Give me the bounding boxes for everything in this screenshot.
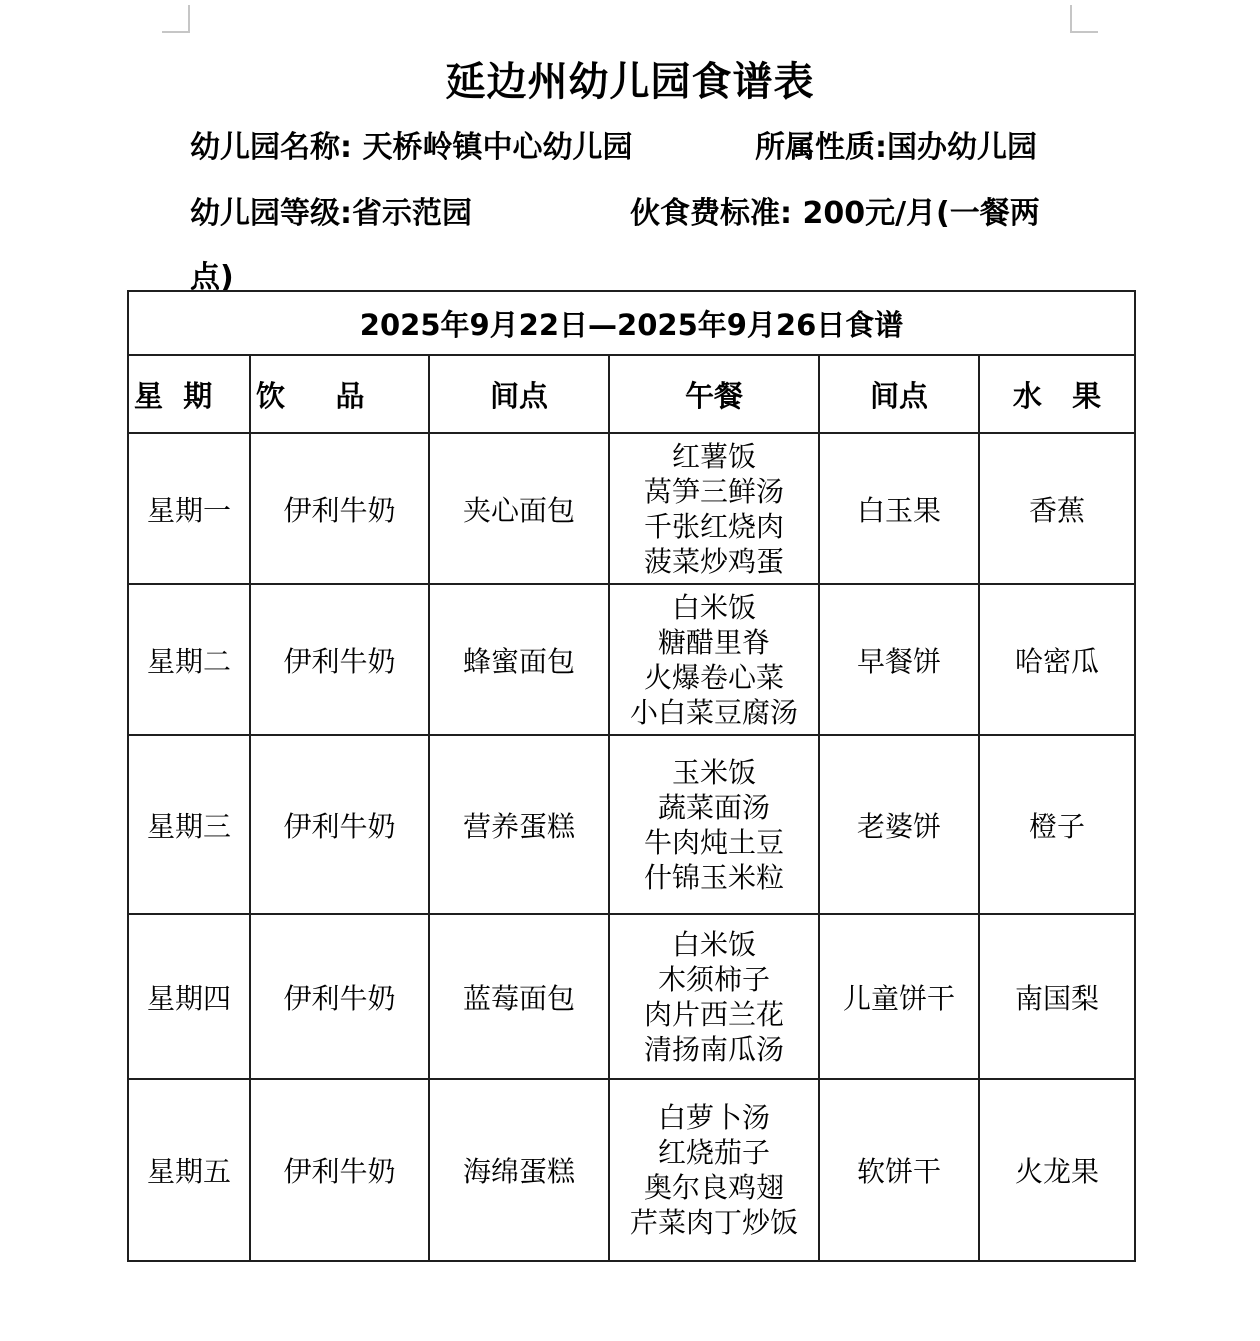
page-title: 延边州幼儿园食谱表 [0, 50, 1260, 107]
drink-cell: 伊利牛奶 [250, 433, 429, 584]
grade-label: 幼儿园等级:省示范园 [190, 188, 472, 232]
snack-am-cell: 海绵蛋糕 [429, 1079, 609, 1261]
day-cell: 星期四 [128, 914, 250, 1079]
table-row-thursday: 星期四 伊利牛奶 蓝莓面包 白米饭木须柿子肉片西兰花清扬南瓜汤 儿童饼干 南国梨 [128, 914, 1135, 1079]
snack-pm-cell: 早餐饼 [819, 584, 979, 735]
fruit-cell: 香蕉 [979, 433, 1135, 584]
lunch-cell: 白米饭木须柿子肉片西兰花清扬南瓜汤 [609, 914, 819, 1079]
snack-pm-cell: 白玉果 [819, 433, 979, 584]
table-title-row: 2025年9月22日—2025年9月26日食谱 [128, 291, 1135, 355]
snack-pm-cell: 软饼干 [819, 1079, 979, 1261]
day-cell: 星期五 [128, 1079, 250, 1261]
snack-am-cell: 蜂蜜面包 [429, 584, 609, 735]
kindergarten-name-label: 幼儿园名称: 天桥岭镇中心幼儿园 [190, 122, 632, 166]
column-header-snack-pm: 间点 [819, 355, 979, 433]
fruit-cell: 火龙果 [979, 1079, 1135, 1261]
table-title: 2025年9月22日—2025年9月26日食谱 [128, 291, 1135, 355]
margin-crop-mark-top-right-icon [1070, 5, 1098, 33]
snack-pm-cell: 儿童饼干 [819, 914, 979, 1079]
drink-cell: 伊利牛奶 [250, 584, 429, 735]
table-row-friday: 星期五 伊利牛奶 海绵蛋糕 白萝卜汤红烧茄子奥尔良鸡翅芹菜肉丁炒饭 软饼干 火龙… [128, 1079, 1135, 1261]
snack-am-cell: 夹心面包 [429, 433, 609, 584]
fruit-cell: 南国梨 [979, 914, 1135, 1079]
lunch-cell: 白米饭糖醋里脊火爆卷心菜小白菜豆腐汤 [609, 584, 819, 735]
menu-table: 2025年9月22日—2025年9月26日食谱 星 期 饮 品 间点 午餐 间点… [127, 290, 1136, 1262]
day-cell: 星期二 [128, 584, 250, 735]
lunch-cell: 红薯饭莴笋三鲜汤千张红烧肉菠菜炒鸡蛋 [609, 433, 819, 584]
table-row-wednesday: 星期三 伊利牛奶 营养蛋糕 玉米饭蔬菜面汤牛肉炖土豆什锦玉米粒 老婆饼 橙子 [128, 735, 1135, 914]
column-header-week: 星 期 [128, 355, 250, 433]
column-header-lunch: 午餐 [609, 355, 819, 433]
drink-cell: 伊利牛奶 [250, 735, 429, 914]
drink-cell: 伊利牛奶 [250, 914, 429, 1079]
lunch-cell: 玉米饭蔬菜面汤牛肉炖土豆什锦玉米粒 [609, 735, 819, 914]
meal-fee-label: 伙食费标准: 200元/月(一餐两 [630, 188, 1040, 232]
snack-am-cell: 蓝莓面包 [429, 914, 609, 1079]
column-header-snack-am: 间点 [429, 355, 609, 433]
snack-pm-cell: 老婆饼 [819, 735, 979, 914]
table-row-tuesday: 星期二 伊利牛奶 蜂蜜面包 白米饭糖醋里脊火爆卷心菜小白菜豆腐汤 早餐饼 哈密瓜 [128, 584, 1135, 735]
document-page: { "page": { "title": "延边州幼儿园食谱表" }, "inf… [0, 0, 1260, 1341]
fruit-cell: 哈密瓜 [979, 584, 1135, 735]
day-cell: 星期一 [128, 433, 250, 584]
lunch-cell: 白萝卜汤红烧茄子奥尔良鸡翅芹菜肉丁炒饭 [609, 1079, 819, 1261]
column-header-row: 星 期 饮 品 间点 午餐 间点 水 果 [128, 355, 1135, 433]
column-header-fruit: 水 果 [979, 355, 1135, 433]
table-row-monday: 星期一 伊利牛奶 夹心面包 红薯饭莴笋三鲜汤千张红烧肉菠菜炒鸡蛋 白玉果 香蕉 [128, 433, 1135, 584]
day-cell: 星期三 [128, 735, 250, 914]
ownership-label: 所属性质:国办幼儿园 [755, 122, 1037, 166]
fruit-cell: 橙子 [979, 735, 1135, 914]
column-header-drink: 饮 品 [250, 355, 429, 433]
snack-am-cell: 营养蛋糕 [429, 735, 609, 914]
drink-cell: 伊利牛奶 [250, 1079, 429, 1261]
margin-crop-mark-top-left-icon [162, 5, 190, 33]
